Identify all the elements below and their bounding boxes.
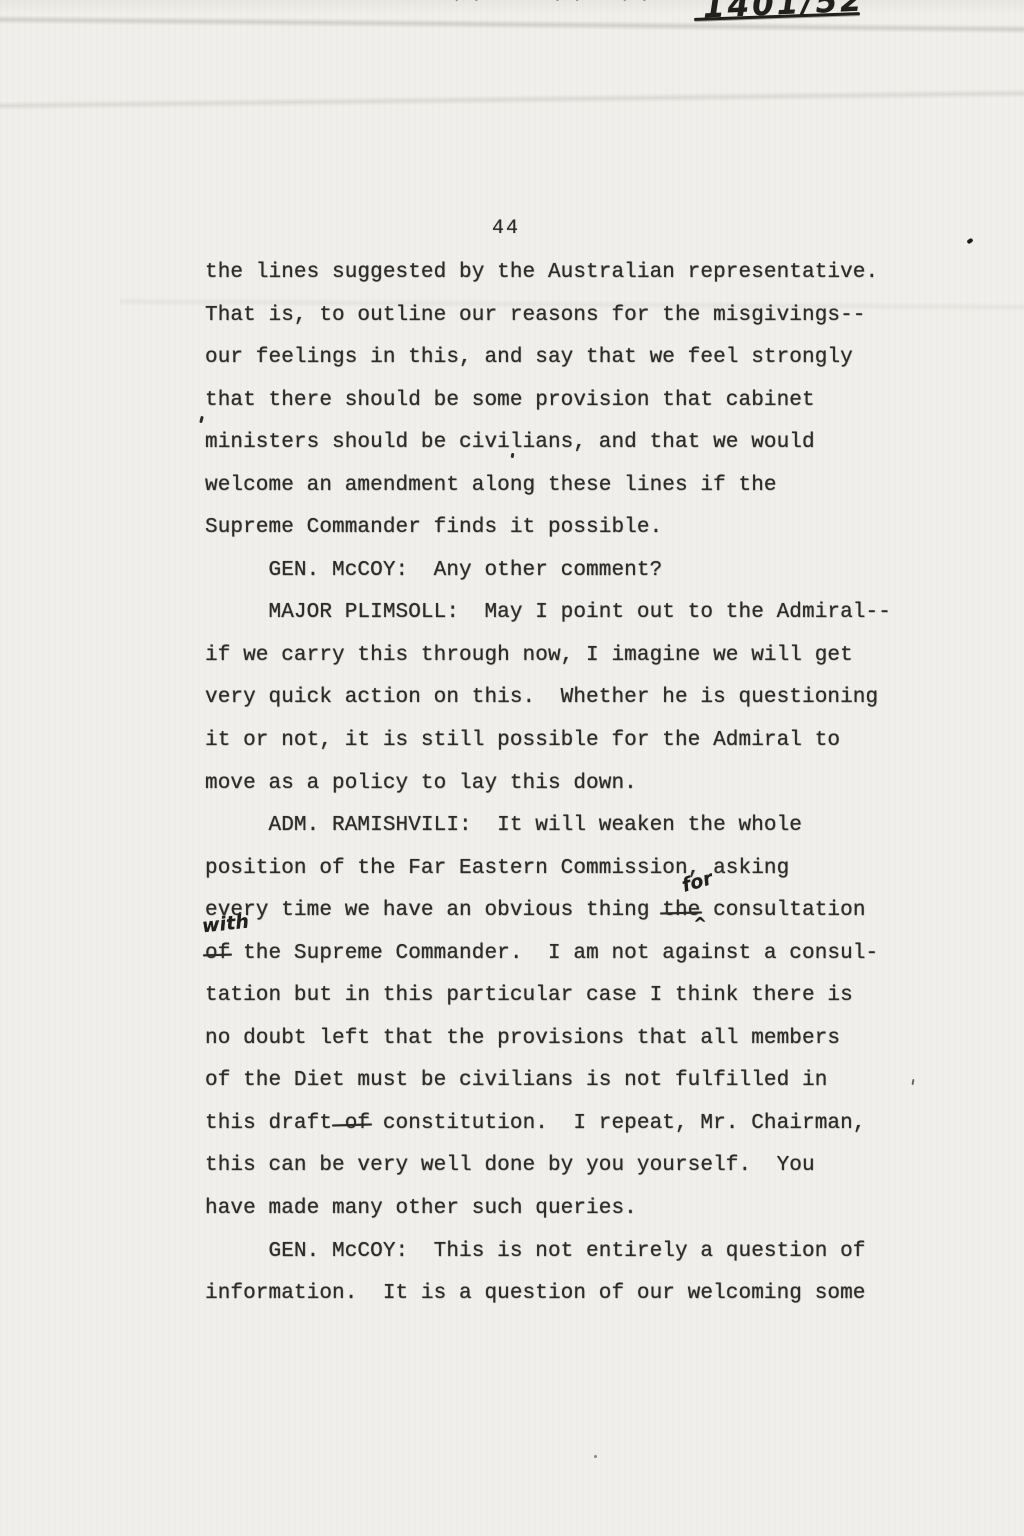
typed-text: GEN. McCOY: This is not entirely a quest…: [205, 1240, 866, 1263]
typed-text: move as a policy to lay this down.: [205, 772, 637, 795]
struck-word: ofwith: [205, 942, 230, 965]
text-line: very quick action on this. Whether he is…: [205, 677, 965, 720]
typed-text: it or not, it is still possible for the …: [205, 729, 840, 752]
handwritten-insertion: with: [201, 912, 250, 936]
text-line: tation but in this particular case I thi…: [205, 975, 965, 1018]
text-line: our feelings in this, and say that we fe…: [205, 337, 965, 380]
text-line: GEN. McCOY: Any other comment?: [205, 550, 965, 593]
text-line: of the Diet must be civilians is not ful…: [205, 1060, 965, 1103]
typed-text: no doubt left that the provisions that a…: [205, 1027, 840, 1050]
typed-text: every time we have an obvious thing: [205, 899, 662, 922]
text-line: move as a policy to lay this down.: [205, 763, 965, 806]
text-line: ofwith the Supreme Commander. I am not a…: [205, 933, 965, 976]
text-line: position of the Far Eastern Commission, …: [205, 848, 965, 891]
typed-text: Supreme Commander finds it possible.: [205, 516, 662, 539]
typescript-body: the lines suggested by the Australian re…: [205, 252, 965, 1316]
typed-text: the lines suggested by the Australian re…: [205, 261, 878, 284]
ink-speck: [199, 416, 204, 424]
typed-text: consultationfor^: [700, 899, 865, 922]
typed-text: of the Diet must be civilians is not ful…: [205, 1069, 827, 1092]
typed-text: our feelings in this, and say that we fe…: [205, 346, 853, 369]
typed-text: this draft: [205, 1112, 345, 1135]
text-line: That is, to outline our reasons for the …: [205, 295, 965, 338]
page-number: 44: [492, 217, 520, 240]
text-line: GEN. McCOY: This is not entirely a quest…: [205, 1231, 965, 1274]
scanned-typescript-page: ' ,. ;(,) and 3(,) 5 (3) and 1401/52 44 …: [0, 0, 1024, 1536]
typed-text: That is, to outline our reasons for the …: [205, 304, 866, 327]
typed-text: that there should be some provision that…: [205, 389, 815, 412]
text-line: Supreme Commander finds it possible.: [205, 507, 965, 550]
text-line: information. It is a question of our wel…: [205, 1273, 965, 1316]
text-line: no doubt left that the provisions that a…: [205, 1018, 965, 1061]
ink-speck: [594, 1455, 597, 1458]
text-line: that there should be some provision that…: [205, 380, 965, 423]
struck-word: of: [345, 1112, 370, 1135]
text-line: ADM. RAMISHVILI: It will weaken the whol…: [205, 805, 965, 848]
text-line: the lines suggested by the Australian re…: [205, 252, 965, 295]
text-line: every time we have an obvious thing the …: [205, 890, 965, 933]
typed-text: information. It is a question of our wel…: [205, 1282, 866, 1305]
text-line: this draft of constitution. I repeat, Mr…: [205, 1103, 965, 1146]
text-line: this can be very well done by you yourse…: [205, 1145, 965, 1188]
text-line: it or not, it is still possible for the …: [205, 720, 965, 763]
typed-text: if we carry this through now, I imagine …: [205, 644, 853, 667]
paper-crease: [0, 88, 1024, 110]
typed-text: very quick action on this. Whether he is…: [205, 686, 878, 709]
text-line: have made many other such queries.: [205, 1188, 965, 1231]
text-line: MAJOR PLIMSOLL: May I point out to the A…: [205, 592, 965, 635]
typed-text: welcome an amendment along these lines i…: [205, 474, 777, 497]
top-edge-typed-fragment: ' ,. ;(,) and 3(,) 5 (3) and: [383, 0, 697, 3]
typed-text: ADM. RAMISHVILI: It will weaken the whol…: [205, 814, 802, 837]
typed-text: ministers should be civilians, and that …: [205, 431, 815, 454]
typed-text: have made many other such queries.: [205, 1197, 637, 1220]
typed-text: MAJOR PLIMSOLL: May I point out to the A…: [205, 601, 891, 624]
ink-speck: [966, 238, 973, 245]
typed-text: GEN. McCOY: Any other comment?: [205, 559, 662, 582]
typed-text: this can be very well done by you yourse…: [205, 1154, 815, 1177]
typed-text: the Supreme Commander. I am not against …: [230, 942, 878, 965]
handwritten-insertion: for: [680, 869, 715, 896]
text-line: welcome an amendment along these lines i…: [205, 465, 965, 508]
paper-crease: [0, 15, 1024, 35]
text-line: if we carry this through now, I imagine …: [205, 635, 965, 678]
typed-text: constitution. I repeat, Mr. Chairman,: [370, 1112, 865, 1135]
insertion-caret: ^: [693, 916, 707, 932]
text-line: ministers should be civilians, and that …: [205, 422, 965, 465]
typed-text: tation but in this particular case I thi…: [205, 984, 853, 1007]
